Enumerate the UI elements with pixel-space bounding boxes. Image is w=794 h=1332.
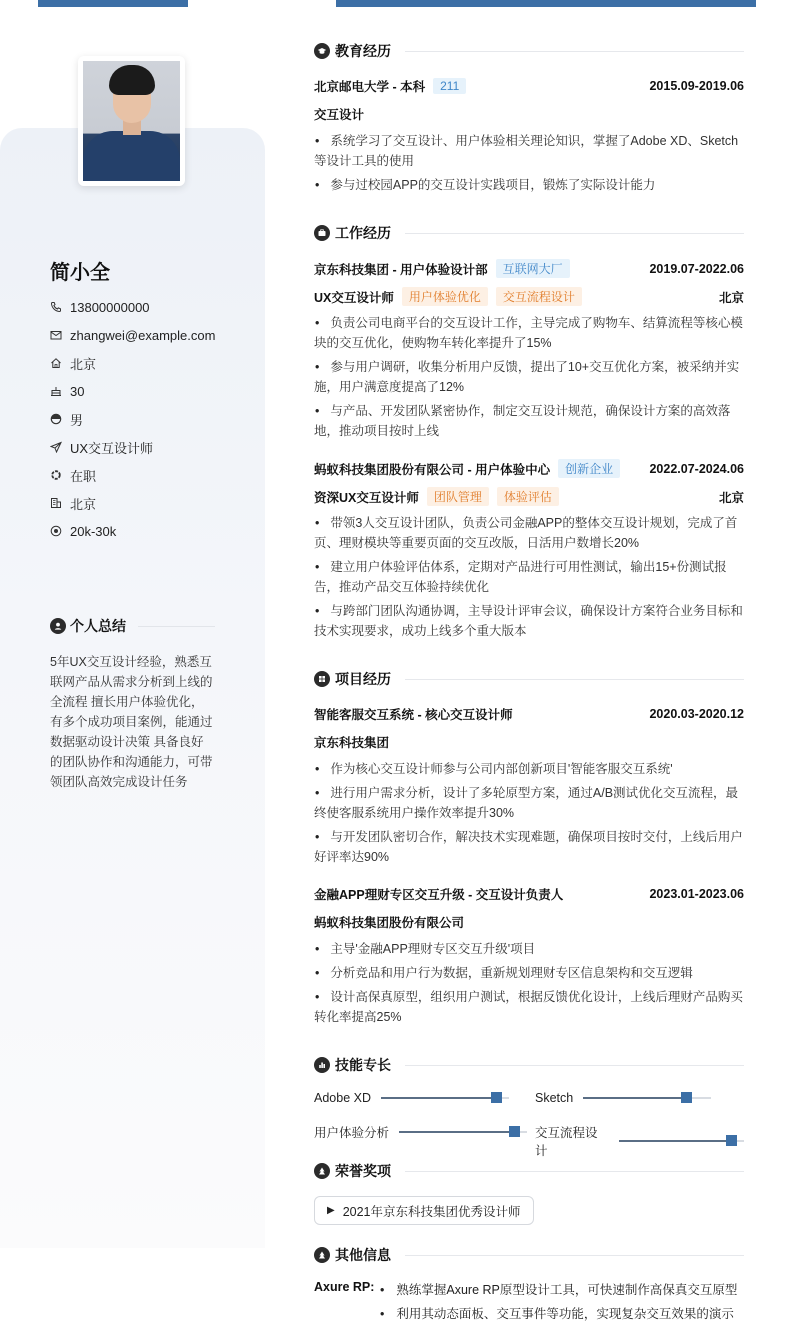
gender-icon: [50, 413, 62, 425]
education-title: 教育经历: [335, 41, 391, 61]
salary-icon: [50, 525, 62, 537]
work-role-row: UX交互设计师 用户体验优化 交互流程设计 北京: [314, 287, 744, 306]
project-name: 金融APP理财专区交互升级 - 交互设计负责人: [314, 885, 563, 903]
role-tag: 体验评估: [497, 487, 559, 506]
work-location: 北京: [719, 488, 744, 506]
other-label: Axure RP:: [314, 1280, 376, 1328]
graduation-cap-icon: [314, 43, 330, 59]
info-age: 30: [50, 377, 215, 405]
project-item-header: 智能客服交互系统 - 核心交互设计师 2020.03-2020.12: [314, 705, 744, 723]
skill-fill: [381, 1097, 496, 1099]
work-role-row: 资深UX交互设计师 团队管理 体验评估 北京: [314, 487, 744, 506]
project-bullets: 主导'金融APP理财专区交互升级'项目 分析竞品和用户行为数据，重新规划理财专区…: [314, 939, 744, 1031]
project-org: 京东科技集团: [314, 733, 389, 751]
list-item: 设计高保真原型，组织用户测试，根据反馈优化设计，上线后理财产品购买转化率提高25…: [314, 987, 744, 1027]
education-major-row: 交互设计: [314, 105, 744, 123]
project-date: 2023.01-2023.06: [649, 887, 744, 901]
profile-name: 简小全: [50, 256, 110, 285]
other-item: Axure RP: 熟练掌握Axure RP原型设计工具，可快速制作高保真交互原…: [314, 1280, 744, 1328]
project-bullets: 作为核心交互设计师参与公司内部创新项目'智能客服交互系统' 进行用户需求分析，设…: [314, 759, 744, 871]
summary-title: 个人总结: [70, 616, 126, 636]
work-item-header: 京东科技集团 - 用户体验设计部 互联网大厂 2019.07-2022.06: [314, 259, 744, 278]
role-tag: 团队管理: [427, 487, 489, 506]
list-item: 参与过校园APP的交互设计实践项目，锻炼了实际设计能力: [314, 175, 744, 195]
list-item: 参与用户调研，收集分析用户反馈，提出了10+交互优化方案，被采纳并实施，用户满意…: [314, 357, 744, 397]
info-position-value: UX交互设计师: [70, 438, 153, 457]
list-item: 与产品、开发团队紧密协作，制定交互设计规范，确保设计方案的高效落地，推动项目按时…: [314, 401, 744, 441]
skill-fill: [619, 1140, 732, 1142]
skill-name: Sketch: [535, 1091, 573, 1105]
project-org: 蚂蚁科技集团股份有限公司: [314, 913, 464, 931]
work-date: 2019.07-2022.06: [649, 262, 744, 276]
briefcase-icon: [314, 225, 330, 241]
avatar: [78, 56, 185, 186]
role-tag: 用户体验优化: [402, 287, 488, 306]
work-location: 北京: [719, 288, 744, 306]
divider: [405, 1065, 744, 1066]
major: 交互设计: [314, 105, 364, 123]
job-title: 资深UX交互设计师: [314, 488, 419, 506]
job-title: UX交互设计师: [314, 288, 394, 306]
other-title: 其他信息: [335, 1245, 391, 1265]
info-salary-value: 20k-30k: [70, 524, 116, 539]
list-item: 负责公司电商平台的交互设计工作，主导完成了购物车、结算流程等核心模块的交互优化，…: [314, 313, 744, 353]
divider: [405, 51, 744, 52]
divider: [405, 233, 744, 234]
award-text: 2021年京东科技集团优秀设计师: [343, 1202, 521, 1220]
list-item: 带领3人交互设计团队，负责公司金融APP的整体交互设计规划，完成了首页、理财模块…: [314, 513, 744, 553]
info-salary: 20k-30k: [50, 517, 215, 545]
education-section-header: 教育经历: [314, 41, 744, 61]
skill-thumb[interactable]: [491, 1092, 502, 1103]
contact-info-list: 13800000000 zhangwei@example.com 北京 30 男…: [50, 293, 215, 545]
skill-adobe-xd: Adobe XD: [314, 1091, 509, 1105]
award-icon: [314, 1163, 330, 1179]
divider: [405, 1255, 744, 1256]
project-item-header: 金融APP理财专区交互升级 - 交互设计负责人 2023.01-2023.06: [314, 885, 744, 903]
user-icon: [50, 618, 66, 634]
work-section-header: 工作经历: [314, 223, 744, 243]
list-item: 进行用户需求分析，设计了多轮原型方案，通过A/B测试优化交互流程，最终使客服系统…: [314, 783, 744, 823]
divider: [405, 1171, 744, 1172]
skill-sketch: Sketch: [535, 1091, 711, 1105]
work-bullets: 负责公司电商平台的交互设计工作，主导完成了购物车、结算流程等核心模块的交互优化，…: [314, 313, 744, 445]
skill-name: 用户体验分析: [314, 1123, 389, 1141]
skills-title: 技能专长: [335, 1055, 391, 1075]
company-name: 京东科技集团 - 用户体验设计部: [314, 260, 488, 278]
list-item: 熟练掌握Axure RP原型设计工具，可快速制作高保真交互原型: [376, 1280, 737, 1300]
skill-thumb[interactable]: [509, 1126, 520, 1137]
other-section-header: 其他信息: [314, 1245, 744, 1265]
avatar-image: [83, 61, 180, 181]
skill-interaction-flow: 交互流程设计: [535, 1123, 744, 1159]
skill-slider[interactable]: [381, 1097, 509, 1099]
projects-section-header: 项目经历: [314, 669, 744, 689]
info-age-value: 30: [70, 384, 84, 399]
accent-bar-right: [336, 0, 756, 7]
skill-slider[interactable]: [399, 1131, 527, 1133]
project-date: 2020.03-2020.12: [649, 707, 744, 721]
info-phone: 13800000000: [50, 293, 215, 321]
list-item: 利用其动态面板、交互事件等功能，实现复杂交互效果的演示: [376, 1304, 737, 1324]
list-item: 建立用户体验评估体系，定期对产品进行可用性测试，输出15+份测试报告，推动产品交…: [314, 557, 744, 597]
project-org-row: 蚂蚁科技集团股份有限公司: [314, 913, 744, 931]
company-tag: 互联网大厂: [496, 259, 570, 278]
work-date: 2022.07-2024.06: [649, 462, 744, 476]
list-item: 与跨部门团队沟通协调，主导设计评审会议，确保设计方案符合业务目标和技术实现要求，…: [314, 601, 744, 641]
info-location-value: 北京: [70, 354, 96, 373]
cake-icon: [50, 385, 62, 397]
education-bullets: 系统学习了交互设计、用户体验相关理论知识，掌握了Adobe XD、Sketch等…: [314, 131, 744, 199]
grid-icon: [314, 671, 330, 687]
status-icon: [50, 469, 62, 481]
skill-name: Adobe XD: [314, 1091, 371, 1105]
skill-thumb[interactable]: [726, 1135, 737, 1146]
skill-fill: [399, 1131, 514, 1133]
awards-title: 荣誉奖项: [335, 1161, 391, 1181]
phone-icon: [50, 301, 62, 313]
building-icon: [50, 497, 62, 509]
info-city-value: 北京: [70, 494, 96, 513]
list-item: 主导'金融APP理财专区交互升级'项目: [314, 939, 744, 959]
work-item-header: 蚂蚁科技集团股份有限公司 - 用户体验中心 创新企业 2022.07-2024.…: [314, 459, 744, 478]
info-status: 在职: [50, 461, 215, 489]
work-title: 工作经历: [335, 223, 391, 243]
play-icon: ▶: [327, 1205, 335, 1216]
list-item: 作为核心交互设计师参与公司内部创新项目'智能客服交互系统': [314, 759, 744, 779]
mail-icon: [50, 329, 62, 341]
skill-name: 交互流程设计: [535, 1123, 609, 1159]
role-tag: 交互流程设计: [496, 287, 582, 306]
education-item-header: 北京邮电大学 - 本科 211 2015.09-2019.06: [314, 77, 744, 95]
school-name: 北京邮电大学 - 本科: [314, 77, 425, 95]
project-name: 智能客服交互系统 - 核心交互设计师: [314, 705, 513, 723]
info-location: 北京: [50, 349, 215, 377]
divider: [138, 626, 215, 627]
home-icon: [50, 357, 62, 369]
skills-section-header: 技能专长: [314, 1055, 744, 1075]
skill-slider[interactable]: [619, 1140, 744, 1142]
awards-section-header: 荣誉奖项: [314, 1161, 744, 1181]
send-icon: [50, 441, 62, 453]
projects-title: 项目经历: [335, 669, 391, 689]
list-item: 系统学习了交互设计、用户体验相关理论知识，掌握了Adobe XD、Sketch等…: [314, 131, 744, 171]
summary-text: 5年UX交互设计经验，熟悉互联网产品从需求分析到上线的全流程 擅长用户体验优化，…: [50, 652, 213, 792]
company-name: 蚂蚁科技集团股份有限公司 - 用户体验中心: [314, 460, 550, 478]
info-phone-value: 13800000000: [70, 300, 150, 315]
skill-thumb[interactable]: [681, 1092, 692, 1103]
other-bullets: 熟练掌握Axure RP原型设计工具，可快速制作高保真交互原型 利用其动态面板、…: [376, 1280, 737, 1328]
accent-bar-left: [38, 0, 188, 7]
info-city: 北京: [50, 489, 215, 517]
school-tag: 211: [433, 78, 466, 94]
award-item[interactable]: ▶ 2021年京东科技集团优秀设计师: [314, 1196, 534, 1225]
info-status-value: 在职: [70, 466, 96, 485]
divider: [405, 679, 744, 680]
skill-ux-analysis: 用户体验分析: [314, 1123, 527, 1141]
summary-section-header: 个人总结: [50, 616, 215, 636]
skill-fill: [583, 1097, 685, 1099]
info-email-value: zhangwei@example.com: [70, 328, 215, 343]
info-gender-value: 男: [70, 410, 83, 429]
info-email: zhangwei@example.com: [50, 321, 215, 349]
education-date: 2015.09-2019.06: [649, 79, 744, 93]
company-tag: 创新企业: [558, 459, 620, 478]
work-bullets: 带领3人交互设计团队，负责公司金融APP的整体交互设计规划，完成了首页、理财模块…: [314, 513, 744, 645]
list-item: 与开发团队密切合作，解决技术实现难题，确保项目按时交付，上线后用户好评率达90%: [314, 827, 744, 867]
info-gender: 男: [50, 405, 215, 433]
info-position: UX交互设计师: [50, 433, 215, 461]
bar-chart-icon: [314, 1057, 330, 1073]
project-org-row: 京东科技集团: [314, 733, 744, 751]
info-icon: [314, 1247, 330, 1263]
list-item: 分析竞品和用户行为数据，重新规划理财专区信息架构和交互逻辑: [314, 963, 744, 983]
skill-slider[interactable]: [583, 1097, 711, 1099]
